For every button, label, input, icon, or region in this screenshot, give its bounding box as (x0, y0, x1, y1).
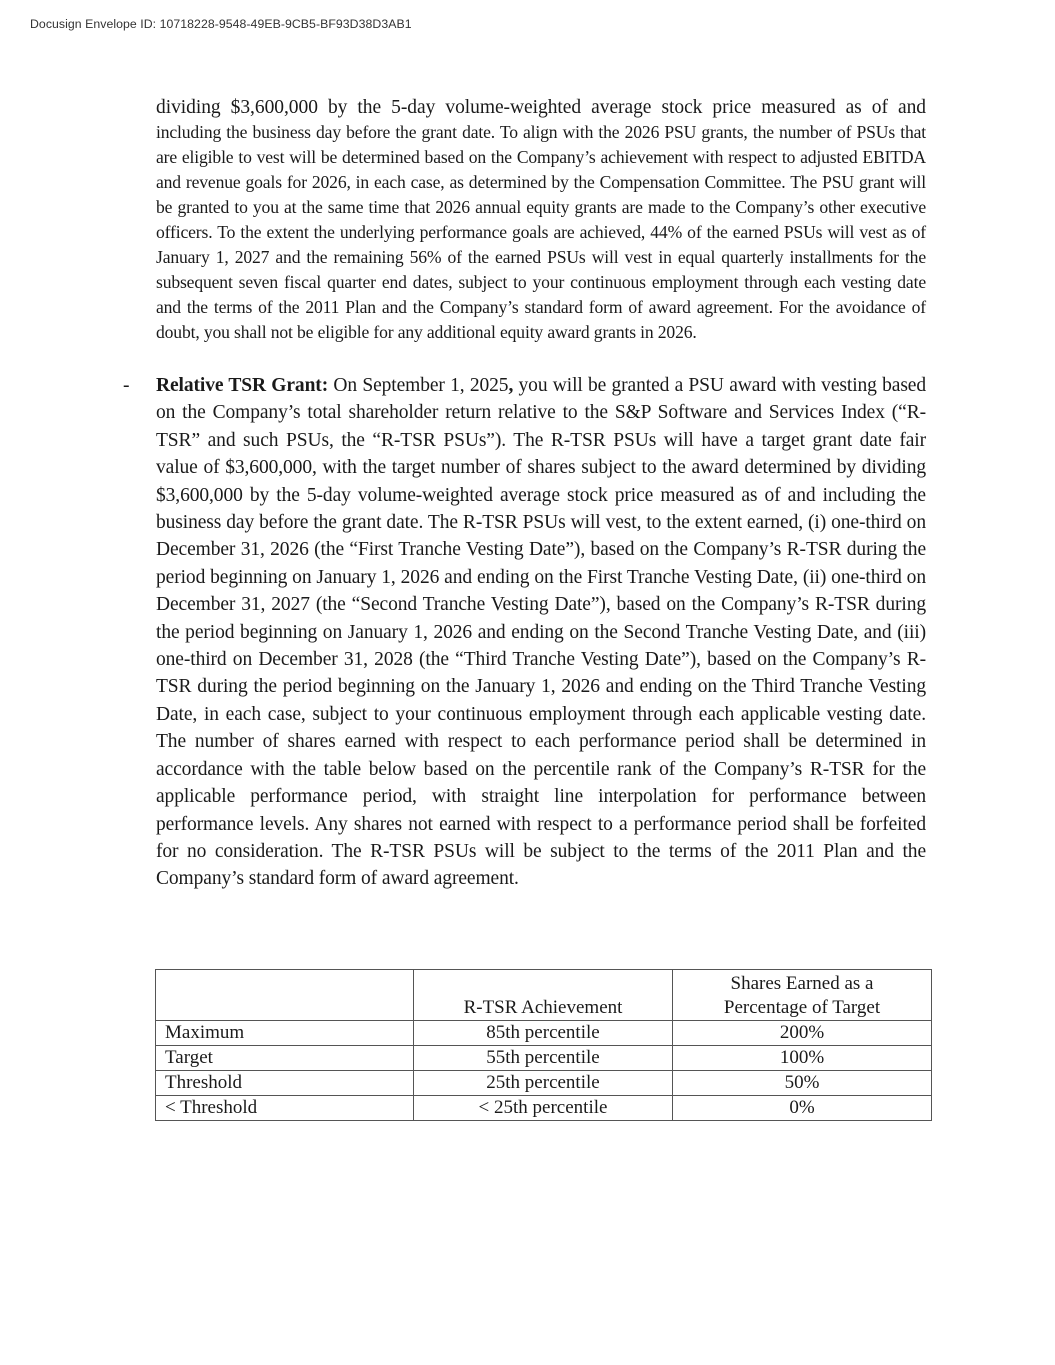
header-level (156, 970, 414, 1021)
relative-tsr-date: On September 1, 2025 (328, 375, 508, 396)
table-row: Maximum 85th percentile 200% (156, 1021, 932, 1046)
row-level: Threshold (156, 1071, 414, 1096)
relative-tsr-paragraph: Relative TSR Grant: On September 1, 2025… (156, 372, 926, 893)
psu-paragraph-text: including the business day before the gr… (156, 122, 926, 342)
row-shares-earned: 50% (673, 1071, 932, 1096)
table-header-row: R-TSR Achievement Shares Earned as aPerc… (156, 970, 932, 1021)
table-row: Threshold 25th percentile 50% (156, 1071, 932, 1096)
rtsr-achievement-table: R-TSR Achievement Shares Earned as aPerc… (155, 969, 932, 1121)
row-achievement: 85th percentile (414, 1021, 673, 1046)
row-achievement: 25th percentile (414, 1071, 673, 1096)
header-shares-earned-line1: Shares Earned as a (731, 973, 874, 994)
relative-tsr-text: you will be granted a PSU award with ves… (156, 375, 926, 889)
row-shares-earned: 200% (673, 1021, 932, 1046)
row-level: < Threshold (156, 1096, 414, 1121)
row-achievement: 55th percentile (414, 1046, 673, 1071)
row-level: Target (156, 1046, 414, 1071)
header-shares-earned-line2: Percentage of Target (724, 997, 880, 1018)
docusign-envelope-id: Docusign Envelope ID: 10718228-9548-49EB… (30, 17, 412, 31)
relative-tsr-heading: Relative TSR Grant: (156, 375, 328, 396)
table-row: < Threshold < 25th percentile 0% (156, 1096, 932, 1121)
row-shares-earned: 100% (673, 1046, 932, 1071)
relative-tsr-section: - Relative TSR Grant: On September 1, 20… (156, 372, 926, 893)
psu-paragraph: dividing $3,600,000 by the 5-day volume-… (156, 95, 926, 345)
row-level: Maximum (156, 1021, 414, 1046)
header-shares-earned: Shares Earned as aPercentage of Target (673, 970, 932, 1021)
document-body: dividing $3,600,000 by the 5-day volume-… (156, 95, 926, 893)
psu-paragraph-first-line: dividing $3,600,000 by the 5-day volume-… (156, 97, 926, 118)
row-achievement: < 25th percentile (414, 1096, 673, 1121)
table-row: Target 55th percentile 100% (156, 1046, 932, 1071)
row-shares-earned: 0% (673, 1096, 932, 1121)
bullet-dash: - (123, 372, 130, 399)
header-achievement: R-TSR Achievement (414, 970, 673, 1021)
